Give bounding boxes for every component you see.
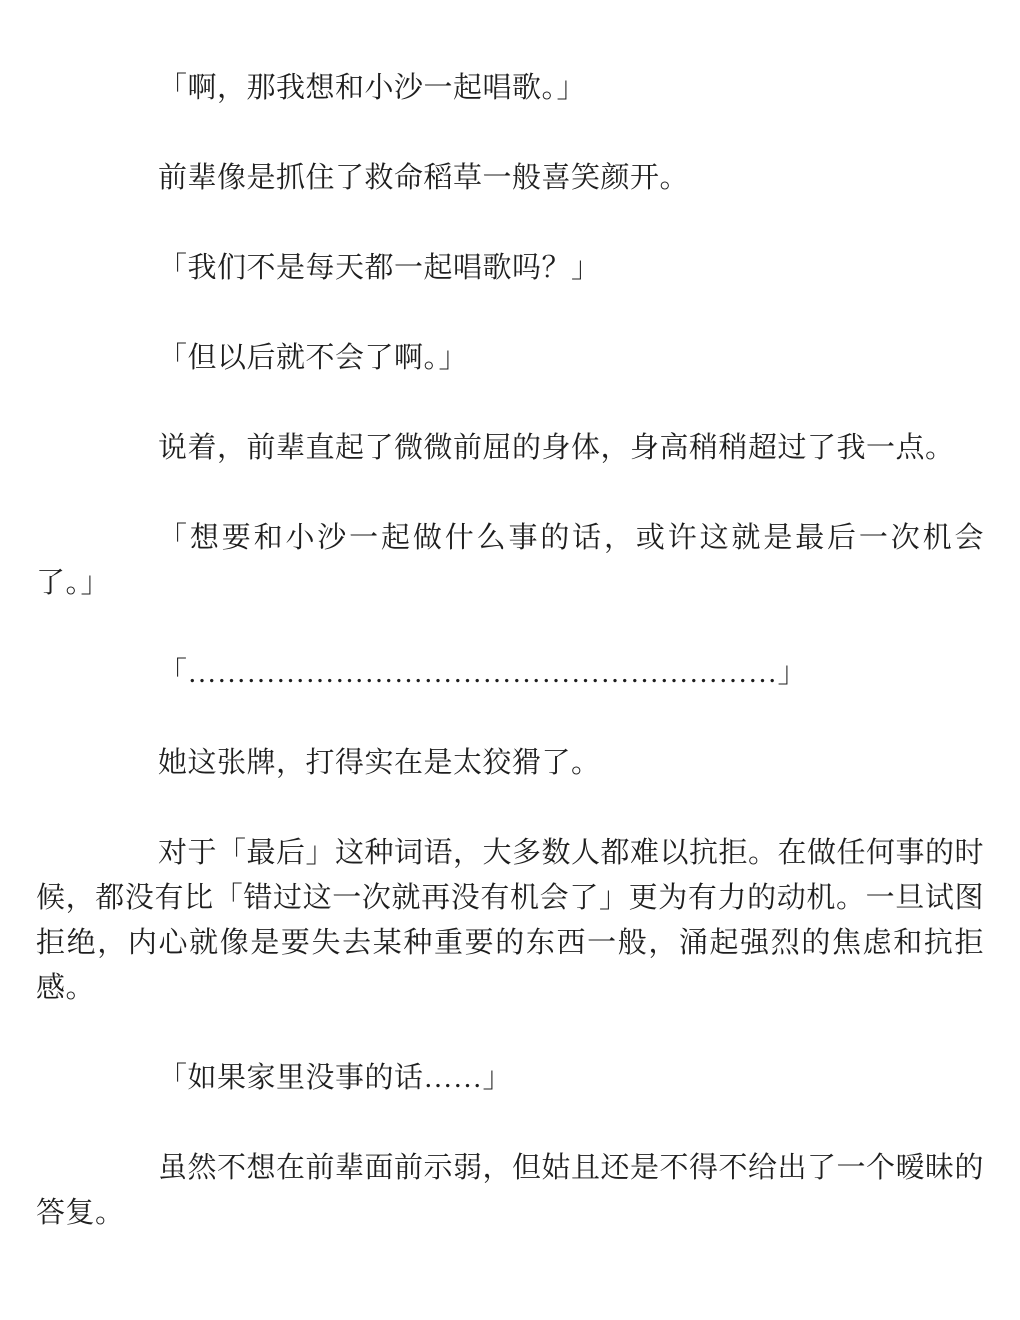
dialogue-line-5: 「如果家里没事的话……」 — [36, 1056, 984, 1101]
document-page: 「啊，那我想和小沙一起唱歌。」 前辈像是抓住了救命稻草一般喜笑颜开。 「我们不是… — [0, 0, 1020, 1320]
dialogue-ellipsis-line: 「……………………………………………………」 — [36, 651, 984, 696]
dialogue-line-1: 「啊，那我想和小沙一起唱歌。」 — [36, 66, 984, 111]
narrative-line-3: 她这张牌，打得实在是太狡猾了。 — [36, 741, 984, 786]
narrative-line-2: 说着，前辈直起了微微前屈的身体，身高稍稍超过了我一点。 — [36, 426, 984, 471]
dialogue-line-4: 「想要和小沙一起做什么事的话，或许这就是最后一次机会了。」 — [36, 516, 984, 606]
dialogue-line-2: 「我们不是每天都一起唱歌吗？」 — [36, 246, 984, 291]
narrative-line-5: 虽然不想在前辈面前示弱，但姑且还是不得不给出了一个暧昧的答复。 — [36, 1146, 984, 1236]
narrative-line-4: 对于「最后」这种词语，大多数人都难以抗拒。在做任何事的时候，都没有比「错过这一次… — [36, 831, 984, 1011]
dialogue-line-3: 「但以后就不会了啊。」 — [36, 336, 984, 381]
narrative-line-1: 前辈像是抓住了救命稻草一般喜笑颜开。 — [36, 156, 984, 201]
